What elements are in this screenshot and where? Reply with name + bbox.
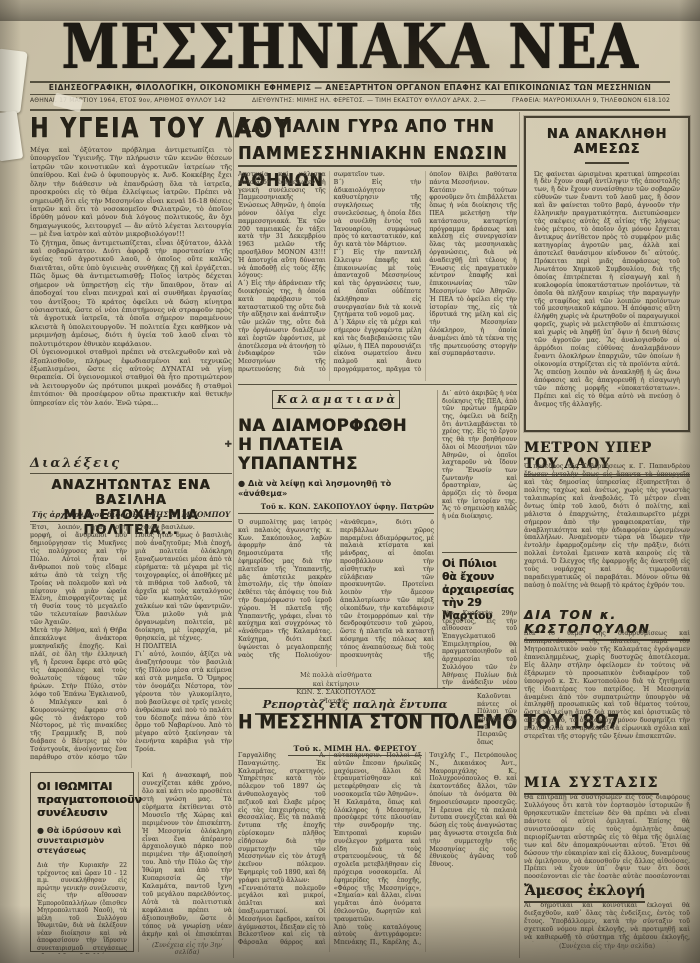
torn-paper-fragment: [0, 48, 28, 113]
article-ygeia-body: Μέγα καὶ ὀξύτατον πρόβλημα ἀντιμετωπίζει…: [30, 146, 232, 442]
newspaper-page: ΜΕΣΣΗΝΙΑΚΑ ΝΕΑ ΕΙΔΗΣΕΟΓΡΑΦΙΚΗ, ΦΙΛΟΛΟΓΙΚ…: [0, 0, 700, 963]
paper-stain: [540, 430, 700, 490]
article-eklogi-title-wrap: Ἄμεσος ἐκλογή: [524, 880, 690, 903]
article-kostopoulon-body: Διὰ τὸ θέμα τῆς διαρρυθμίσεως καὶ ἀποπερ…: [524, 630, 690, 768]
section-kicker-kalamatiana: Καλαματιανὰ: [272, 390, 400, 409]
article-ygeia-title: Η ΥΓΕΙΑ ΤΟΥ ΛΑΟΥ: [30, 113, 232, 146]
article-kalamatiana-title: ΝΑ ΔΙΑΜΟΡΦΩΘΗ Η ΠΛΑΤΕΙΑ ΥΠΑΠΑΝΤΗΣ: [238, 416, 434, 473]
divider: [238, 688, 517, 689]
article-dialexeis-byline: Τῆς ἀρχαιολόγου δίδος ΕΛΕΝΗΣ Δ. ΜΠΟΜΠΟΥ: [30, 510, 232, 522]
article-m1897-title: Η ΜΕΣΣΗΝΙΑ ΣΤΟΝ ΠΟΛΕΜΟ ΤΟΥ 1897: [238, 711, 472, 734]
continued-note: (Συνέχεια εἰς τὴν 3ην σελίδα): [142, 942, 232, 956]
article-pylioi-continuation: Καλοῦνται πάντες οἱ Πύλιοι τῶν Ἀθηνῶν κα…: [477, 693, 517, 745]
article-pylioi-body: Τὴν Κυριακὴν 29ὴν τρέχοντος, εἰς τὴν αἴθ…: [442, 610, 517, 688]
dateline-offices: ΓΡΑΦΕΙΑ: ΜΑΥΡΟΜΙΧΑΛΗ 9, ΤΗΛΕΦΩΝΟΝ 618.10…: [512, 97, 670, 104]
side-column-note: Δι᾽ αὐτὸ ἀκριβῶς ἡ νέα διοίκησις τῆς ΠΕΑ…: [442, 390, 517, 548]
column-rule: [437, 390, 438, 688]
article-anaklisi-body: Ὡς φαίνεται ὡρισμέναι κρατικαὶ ὑπηρεσίαι…: [534, 171, 680, 429]
article-systasis-title-wrap: ΜΙΑ ΣΥΣΤΑΣΙΣ: [524, 772, 690, 795]
article-m1897-body: Γαργαλίδης Α. Παναγιώτης. Ἐκ Καλαμάτας, …: [238, 752, 517, 952]
article-systasis-body: Θὰ ἐπιτραπῇ νὰ συστήσωμεν εἰς τοὺς διαφό…: [524, 794, 690, 878]
article-kalamatiana-bullet: ● Διὰ νὰ λείψῃ καὶ λησμονηθῇ τὸ «ἀνάθεμα…: [238, 478, 434, 498]
article-kalamatiana-body: Ὁ συμπολίτης μας ἰατρὸς καὶ παλαιὸς ἀγων…: [238, 519, 434, 667]
article-eklogi-body: Αἱ δημοτικαὶ καὶ κοινοτικαὶ ἐκλογαὶ θὰ δ…: [524, 902, 690, 942]
scan-shadow-bottom: [0, 0, 700, 21]
torn-paper-fragment: [0, 111, 23, 162]
article-eklogi-title: Ἄμεσος ἐκλογή: [524, 883, 645, 903]
article-kalamatiana: Καλαματιανὰ ΝΑ ΔΙΑΜΟΡΦΩΘΗ Η ΠΛΑΤΕΙΑ ΥΠΑΠ…: [238, 390, 434, 705]
article-end-ornament: ✚: [30, 440, 232, 450]
column-rule: [138, 772, 139, 952]
paper-stain: [290, 30, 570, 110]
article-dialexeis-continuation: Καὶ ἡ ἀνασκαφή, ποὺ συνεχίζεται κάθε χρό…: [142, 772, 232, 940]
continued-note: (Συνέχεια εἰς τὴν 4ην σελίδα): [524, 943, 690, 950]
divider: [30, 109, 670, 111]
divider: [585, 162, 629, 164]
divider: [238, 165, 517, 167]
article-anaklisi-title: ΝΑ ΑΝΑΚΛΗΘΗ ΑΜΕΣΩΣ: [534, 127, 680, 157]
column-rule: [233, 112, 234, 958]
divider: [238, 384, 517, 385]
article-pammessiniaki-body: Ἀποτυχία καὶ μάλιστα παταγώδη ἐσημείωσεν…: [238, 171, 517, 381]
article-systasis-title: ΜΙΑ ΣΥΣΤΑΣΙΣ: [524, 775, 659, 795]
article-ithomitai-body: Διὰ τὴν Κυριακὴν 22 τρέχοντος καὶ ὥραν 1…: [37, 862, 127, 954]
column-rule: [519, 112, 520, 958]
article-anaklisi-box: ΝΑ ΑΝΑΚΛΗΘΗ ΑΜΕΣΩΣ Ὡς φαίνεται ὡρισμέναι…: [524, 116, 690, 432]
article-kalamatiana-byline: Τοῦ κ. ΚΩΝ. ΣΑΚΟΠΟΥΛΟΥ ὑφηγ. Πατρῶν: [238, 502, 434, 514]
paper-stain: [60, 540, 110, 800]
section-kicker-dialexeis: Διαλέξεις: [30, 456, 232, 474]
article-ithomitai-bullet: ● Θὰ ἱδρύσουν καὶ συνεταιρισμὸν στεγάσεω…: [37, 826, 127, 856]
